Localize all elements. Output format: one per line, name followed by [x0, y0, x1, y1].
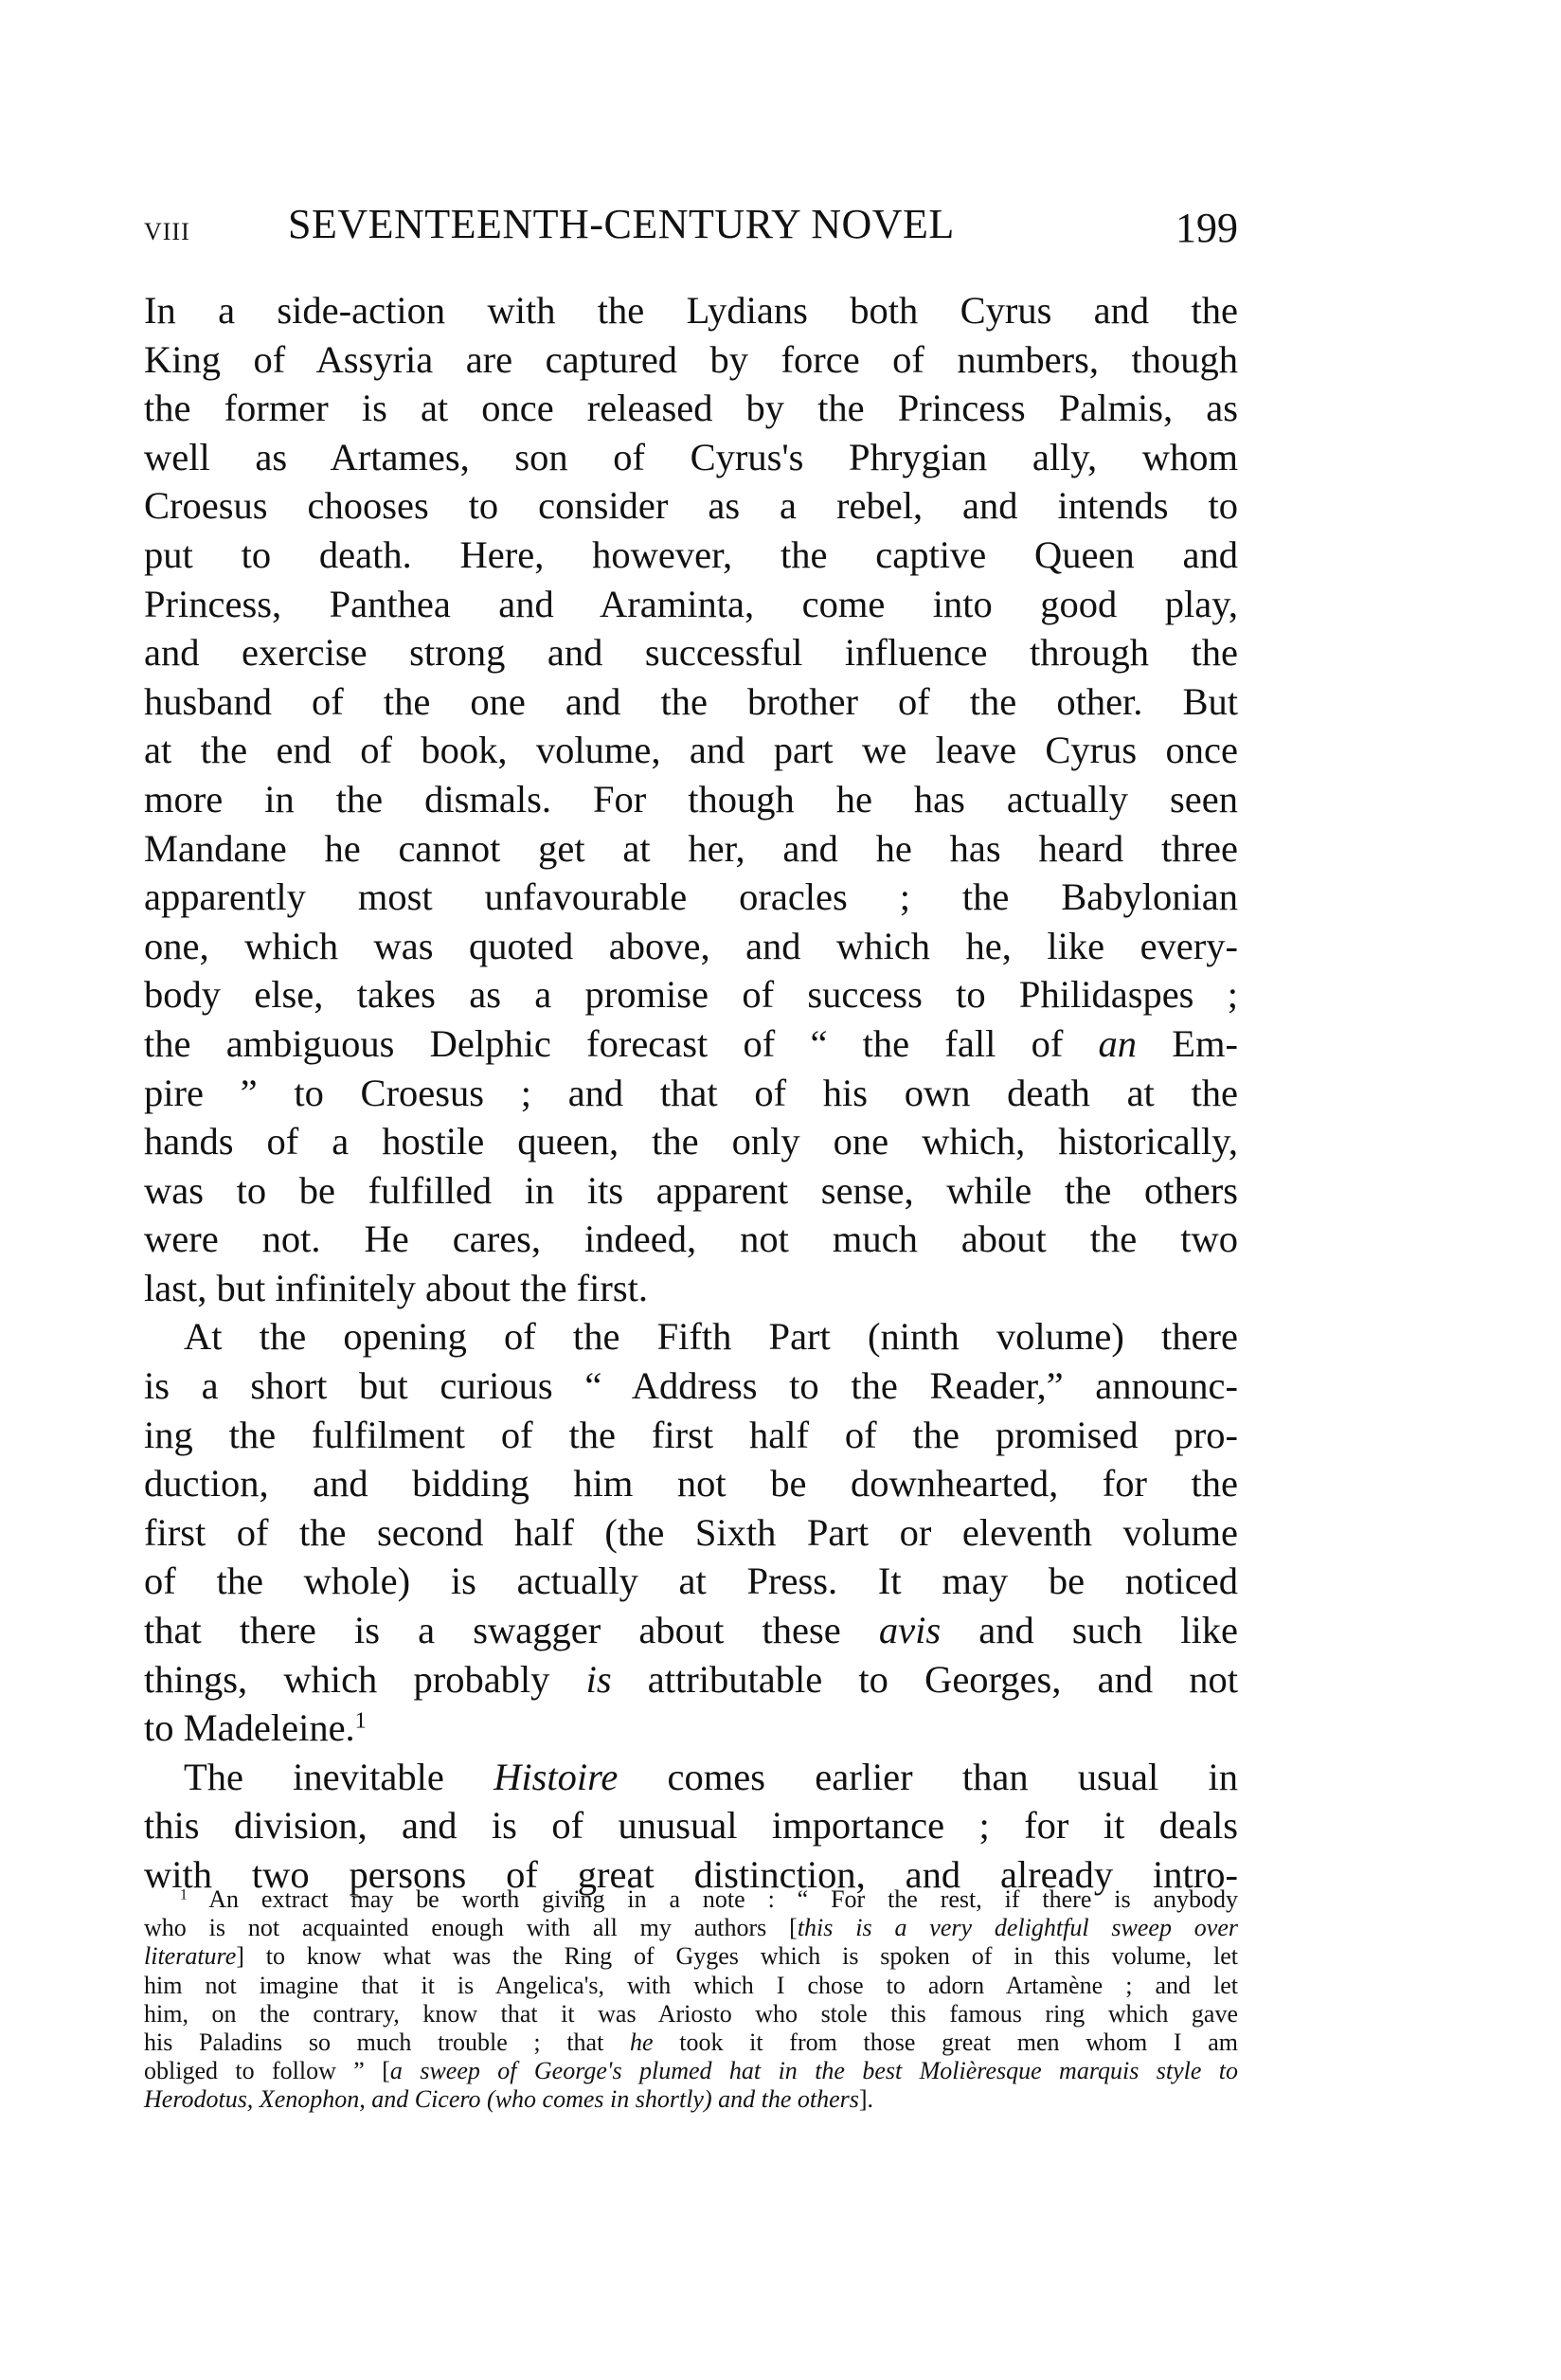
- body-line: ing the fulfilment of the first half of …: [144, 1411, 1238, 1460]
- body-line-paragraph-start: At the opening of the Fifth Part (ninth …: [144, 1312, 1238, 1361]
- body-line: Croesus chooses to consider as a rebel, …: [144, 481, 1238, 531]
- body-line: pire ” to Croesus ; and that of his own …: [144, 1069, 1238, 1118]
- body-line: put to death. Here, however, the captive…: [144, 531, 1238, 580]
- footnote-line: who is not acquainted enough with all my…: [144, 1914, 1238, 1942]
- footnote: 1 An extract may be worth giving in a no…: [144, 1885, 1238, 2115]
- italic-an: an: [1099, 1022, 1138, 1065]
- italic-histoire: Histoire: [493, 1756, 618, 1798]
- footnote-line: literature] to know what was the Ring of…: [144, 1942, 1238, 1971]
- body-line: Mandane he cannot get at her, and he has…: [144, 824, 1238, 874]
- body-line: In a side-action with the Lydians both C…: [144, 286, 1238, 335]
- chapter-number: VIII: [144, 218, 190, 246]
- body-line: that there is a swagger about these avis…: [144, 1606, 1238, 1655]
- body-line: more in the dismals. For though he has a…: [144, 775, 1238, 824]
- body-line: this division, and is of unusual importa…: [144, 1801, 1238, 1850]
- footnote-reference[interactable]: 1: [355, 1708, 367, 1734]
- footnote-line: obliged to follow ” [a sweep of George's…: [144, 2057, 1238, 2085]
- body-line: hands of a hostile queen, the only one w…: [144, 1117, 1238, 1166]
- body-line: husband of the one and the brother of th…: [144, 677, 1238, 727]
- page-number: 199: [1175, 204, 1238, 252]
- body-line: was to be fulfilled in its apparent sens…: [144, 1166, 1238, 1216]
- body-line: is a short but curious “ Address to the …: [144, 1361, 1238, 1411]
- body-line: duction, and bidding him not be downhear…: [144, 1459, 1238, 1508]
- body-line: of the whole) is actually at Press. It m…: [144, 1557, 1238, 1606]
- running-head: VIII SEVENTEENTH-CENTURY NOVEL 199: [144, 195, 1238, 252]
- body-line: at the end of book, volume, and part we …: [144, 726, 1238, 775]
- body-line: the ambiguous Delphic forecast of “ the …: [144, 1019, 1238, 1069]
- footnote-line: his Paladins so much trouble ; that he t…: [144, 2028, 1238, 2057]
- body-line: well as Artames, son of Cyrus's Phrygian…: [144, 433, 1238, 482]
- body-line: one, which was quoted above, and which h…: [144, 922, 1238, 971]
- body-line: and exercise strong and successful influ…: [144, 628, 1238, 677]
- body-line: were not. He cares, indeed, not much abo…: [144, 1215, 1238, 1264]
- body-line: first of the second half (the Sixth Part…: [144, 1508, 1238, 1558]
- footnote-line: him, on the contrary, know that it was A…: [144, 2000, 1238, 2028]
- footnote-line: 1 An extract may be worth giving in a no…: [144, 1885, 1238, 1914]
- body-line: last, but infinitely about the first.: [144, 1264, 1238, 1313]
- running-title: SEVENTEENTH-CENTURY NOVEL: [288, 200, 955, 248]
- body-line: to Madeleine.1: [144, 1704, 1238, 1753]
- body-line: body else, takes as a promise of success…: [144, 970, 1238, 1019]
- body-line: apparently most unfavourable oracles ; t…: [144, 873, 1238, 922]
- italic-avis: avis: [879, 1609, 941, 1651]
- body-line-paragraph-start: The inevitable Histoire comes earlier th…: [144, 1753, 1238, 1802]
- footnote-marker: 1: [180, 1886, 188, 1902]
- footnote-line: him not imagine that it is Angelica's, w…: [144, 1972, 1238, 2000]
- body-line: the former is at once released by the Pr…: [144, 384, 1238, 433]
- italic-is: is: [586, 1658, 612, 1701]
- body-line: things, which probably is attributable t…: [144, 1655, 1238, 1704]
- body-line: Princess, Panthea and Araminta, come int…: [144, 580, 1238, 629]
- footnote-line: Herodotus, Xenophon, and Cicero (who com…: [144, 2085, 1238, 2114]
- book-page: VIII SEVENTEENTH-CENTURY NOVEL 199 In a …: [0, 0, 1561, 2380]
- body-text: In a side-action with the Lydians both C…: [144, 286, 1238, 1900]
- body-line: King of Assyria are captured by force of…: [144, 335, 1238, 385]
